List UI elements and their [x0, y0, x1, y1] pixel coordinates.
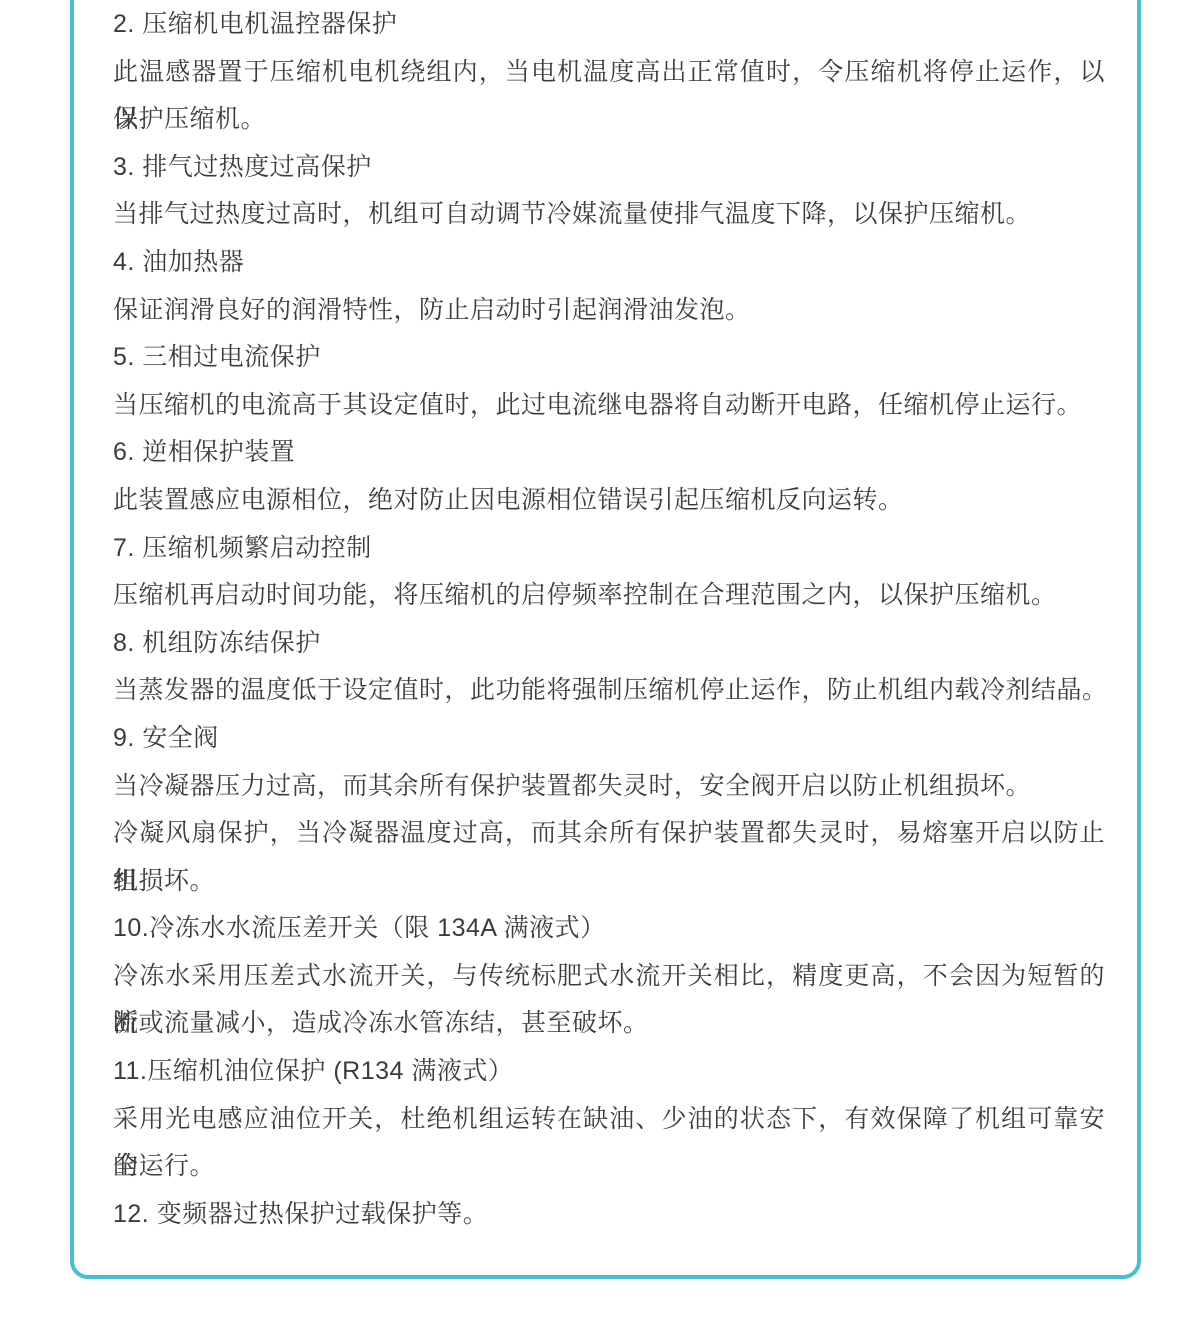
- protection-feature-list: 2. 压缩机电机温控器保护此温感器置于压缩机电机绕组内，当电机温度高出正常值时，…: [113, 1, 1105, 1238]
- text-line: 当冷凝器压力过高，而其余所有保护装置都失灵时，安全阀开启以防止机组损坏。: [113, 763, 1105, 811]
- text-line: 当压缩机的电流高于其设定值时，此过电流继电器将自动断开电路，任缩机停止运行。: [113, 382, 1105, 430]
- list-item-heading: 12. 变频器过热保护过载保护等。: [113, 1191, 1105, 1239]
- text-line: 当排气过热度过高时，机组可自动调节冷媒流量使排气温度下降，以保护压缩机。: [113, 191, 1105, 239]
- text-line: 当蒸发器的温度低于设定值时，此功能将强制压缩机停止运作，防止机组内载冷剂结晶。: [113, 667, 1105, 715]
- text-line: 保护压缩机。: [113, 96, 1105, 144]
- list-item-heading: 7. 压缩机频繁启动控制: [113, 525, 1105, 573]
- text-line: 冷冻水采用压差式水流开关，与传统标肥式水流开关相比，精度更高，不会因为短暂的断: [113, 953, 1105, 1001]
- list-item-heading: 4. 油加热器: [113, 239, 1105, 287]
- text-line: 冷凝风扇保护，当冷凝器温度过高，而其余所有保护装置都失灵时，易熔塞开启以防止机: [113, 810, 1105, 858]
- text-line: 采用光电感应油位开关，杜绝机组运转在缺油、少油的状态下，有效保障了机组可靠安全: [113, 1096, 1105, 1144]
- list-item-heading: 9. 安全阀: [113, 715, 1105, 763]
- list-item-heading: 11.压缩机油位保护 (R134 满液式）: [113, 1048, 1105, 1096]
- text-line: 的运行。: [113, 1143, 1105, 1191]
- list-item-heading: 3. 排气过热度过高保护: [113, 144, 1105, 192]
- text-line: 保证润滑良好的润滑特性，防止启动时引起润滑油发泡。: [113, 287, 1105, 335]
- text-line: 流或流量减小，造成冷冻水管冻结，甚至破坏。: [113, 1000, 1105, 1048]
- list-item-heading: 6. 逆相保护装置: [113, 429, 1105, 477]
- text-line: 组损坏。: [113, 858, 1105, 906]
- list-item-heading: 8. 机组防冻结保护: [113, 620, 1105, 668]
- list-item-heading: 5. 三相过电流保护: [113, 334, 1105, 382]
- text-line: 此温感器置于压缩机电机绕组内，当电机温度高出正常值时，令压缩机将停止运作，以以: [113, 49, 1105, 97]
- text-line: 压缩机再启动时间功能，将压缩机的启停频率控制在合理范围之内，以保护压缩机。: [113, 572, 1105, 620]
- list-item-heading: 10.冷冻水水流压差开关（限 134A 满液式）: [113, 905, 1105, 953]
- text-line: 此装置感应电源相位，绝对防止因电源相位错误引起压缩机反向运转。: [113, 477, 1105, 525]
- document-page: 2. 压缩机电机温控器保护此温感器置于压缩机电机绕组内，当电机温度高出正常值时，…: [0, 0, 1197, 1322]
- list-item-heading: 2. 压缩机电机温控器保护: [113, 1, 1105, 49]
